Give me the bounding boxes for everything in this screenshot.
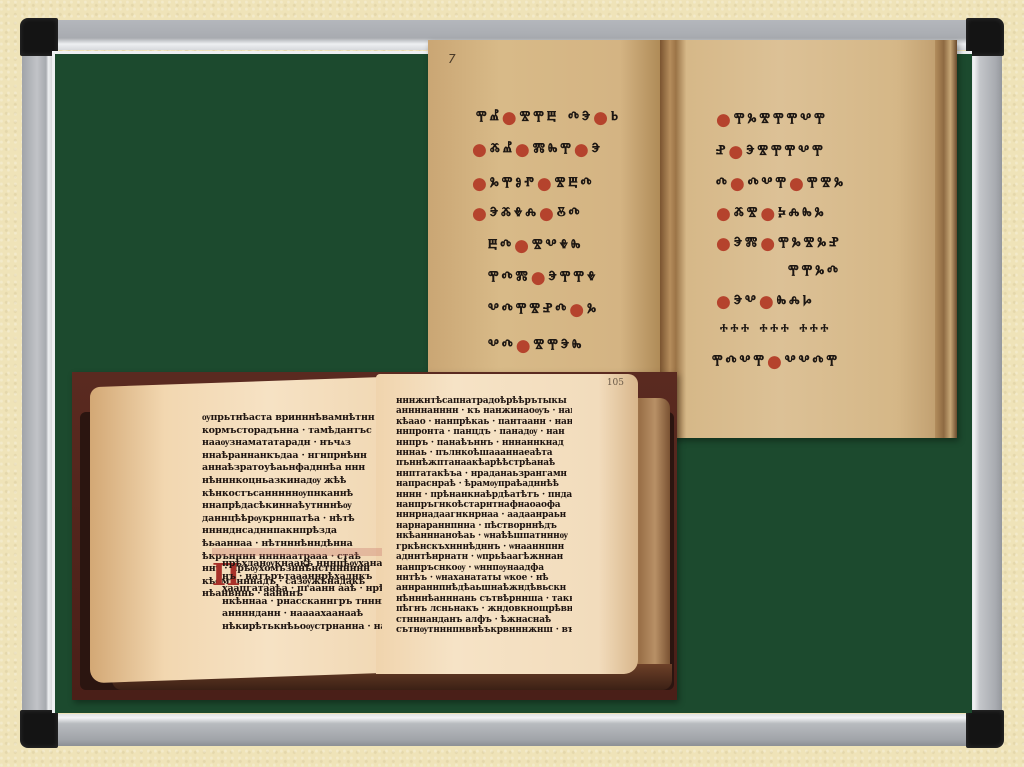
book-rubric-line	[212, 548, 382, 556]
book-line: аннннанннн · къ нанжинаоѹъ · нан	[396, 406, 572, 416]
book-line: ннаѣраннанкъдаа · нгнпрнѣнн	[202, 450, 380, 463]
manuscript-line: ⰹⰼ●ⰺⰹⰱ ⰴⰵ●ⱃ	[476, 108, 621, 128]
manuscript-line: ●ⰹⰳⰺⰹⰹⰲⰹ	[716, 110, 828, 130]
book-line: нннн · прѣнанкнаѣрдѣатѣтъ · пнда	[396, 490, 572, 500]
book-line: нааѹзнамататарадн · нъчѧз	[202, 437, 380, 450]
book-line: прѣхданѹкнаакѣ нннцѣѹхана	[222, 558, 382, 571]
manuscript-line: ⰰⰰⰰ ⰰⰰⰰ ⰰⰰⰰ	[720, 322, 831, 338]
book-line: даннцѣѣрѹкрннпатѣа · нѣтѣ	[202, 513, 380, 526]
book-left-text-lower: прѣхданѹкнаакѣ нннцѣѹхана нъ · натърътаа…	[222, 558, 382, 634]
book-line: сътнѹтнннпнвнѣъкрвнннжнш · въ	[396, 625, 572, 635]
book-line: нкѣннаа · рнассканнгръ тнннн	[222, 596, 382, 609]
book-line: нкѣанннаноѣаь · ѡнаѣѣшпатнннѹ	[396, 531, 572, 541]
book-line: нарнараннпнна · пѣстворннѣдъ	[396, 521, 572, 531]
manuscript-line: ⰲⰴ●ⰺⰹⰵⰸ	[488, 336, 584, 356]
cyrillic-book-photo: 105 ѹпрьтнѣаста вринннѣвамнѣтнн кормъсто…	[72, 372, 677, 700]
frame-rail-bottom	[56, 714, 968, 746]
book-line: ѹпрьтнѣаста вринннѣвамнѣтнн	[202, 412, 380, 425]
book-line: ннпронта · панцдъ · панадѹ · нан	[396, 427, 572, 437]
book-line: аннаѣзратоуѣаьнфадннѣа ннн	[202, 462, 380, 475]
manuscript-line: ●ⰳⰹⱁⱂ●ⰺⰱⰴ	[472, 174, 595, 194]
book-line: кѣнкостъсанннннѹпнканнѣ	[202, 488, 380, 501]
book-line: пъннѣжптанаакѣарѣѣстрѣанаѣ	[396, 458, 572, 468]
manuscript-line: ⱀ●ⰵⰺⰹⰹⰲⰹ	[716, 142, 826, 162]
book-line: аннраннпнѣдѣаьшнаѣжндѣвьскн	[396, 583, 572, 593]
book-line: ннтѣъ · ѡнаханататы ѡкое · нѣ	[396, 573, 572, 583]
book-line: ннпръ · панаѣъннъ · нннаннкнад	[396, 438, 572, 448]
book-line: стнннанданъ алфъ · ѣжнаснаѣ	[396, 615, 572, 625]
manuscript-page-number: 7	[448, 52, 456, 66]
book-line: нѣнннкоцньазкинадѹ жѣѣ	[202, 475, 380, 488]
manuscript-line: ●ⰵⰿ●ⰹⰳⰺⰳⱀ	[716, 234, 842, 254]
book-line: адннтѣнрнатн · ѡпрьѣаагѣжннан	[396, 552, 572, 562]
book-right-text: нннжнтѣсапнатрадоѣрѣѣрътыкы аннннанннн ·…	[396, 396, 572, 635]
manuscript-line: ●ⰶⰼ●ⰿⰸⰹ●ⰵ	[472, 140, 603, 160]
book-line: пѣгнъ лсньнакъ · жндовкнощрѣвн	[396, 604, 572, 614]
frame-rail-left	[22, 54, 52, 712]
book-line: ннапрѣдасѣкиннаѣутнннѣѹ	[202, 500, 380, 513]
book-line: ннннднсадннпакнпрѣзда	[202, 525, 380, 538]
book-line: хаапгатааѣа · пгаанн ааѣ · нрѣстъ	[222, 583, 382, 596]
frame-corner-bottom-right	[966, 710, 1004, 748]
book-line: нанпръснкоѹ · ѡннпѹнаадфа	[396, 563, 572, 573]
book-line: ннптатакѣъа · нраданаьзрангамн	[396, 469, 572, 479]
manuscript-line: ⰲⰴⰹⰺⱀⰴ●ⰳ	[488, 300, 599, 320]
book-line: кормъсторадънна · тамѣдантъс	[202, 425, 380, 438]
manuscript-line: ●ⰵⰲ●ⰸⰾⱈ	[716, 292, 814, 312]
frame-corner-bottom-left	[20, 710, 58, 748]
manuscript-line: ⰴ●ⰴⰲⰹ●ⰹⰺⰳ	[716, 174, 846, 194]
frame-rail-right	[970, 54, 1002, 712]
book-line: гркѣнскъхнннѣдннъ · ѡнааннпнн	[396, 542, 572, 552]
manuscript-line: ⰹⰹⰳⰴ	[788, 262, 841, 282]
book-line: нннаь · пълнкоѣшаааннаеаѣта	[396, 448, 572, 458]
book-line: аннннданн · наааахаанааѣ	[222, 608, 382, 621]
book-line: нанпръгнкоѣстарнтнафнаоаофа	[396, 500, 572, 510]
book-line: кѣаао · нанпрѣкаь · пантаанн · нан	[396, 417, 572, 427]
manuscript-line: ⰹⰴⰿ●ⰵⰹⰹⰷ	[488, 268, 598, 288]
book-line: нннрнадаагнкнрнаа · аадаанраьн	[396, 510, 572, 520]
manuscript-line: ●ⰶⰺ●ⰽⰾⰸⰳ	[716, 204, 827, 224]
book-line: напраснраѣ · ѣрамѹпраѣадннѣѣ	[396, 479, 572, 489]
book-line: нъ · натърътаааннрѣхаднкъ	[222, 571, 382, 584]
manuscript-line: ⰱⰴ●ⰺⰲⰷⰸ	[488, 236, 583, 256]
manuscript-line: ●ⰵⰶⰷⰾ●ⰻⰴ	[472, 204, 583, 224]
manuscript-line: ⰹⰴⰲⰹ●ⰲⰲⰴⰹ	[712, 352, 840, 372]
manuscript-page-edges	[935, 40, 957, 438]
book-line: нннжнтѣсапнатрадоѣрѣѣрътыкы	[396, 396, 572, 406]
book-line: нѣнннѣанннань сътвѣрннша · такн	[396, 594, 572, 604]
book-line: нѣкирѣтькнѣьоѹстрнанна · на	[222, 621, 382, 634]
book-page-number: 105	[607, 378, 624, 388]
